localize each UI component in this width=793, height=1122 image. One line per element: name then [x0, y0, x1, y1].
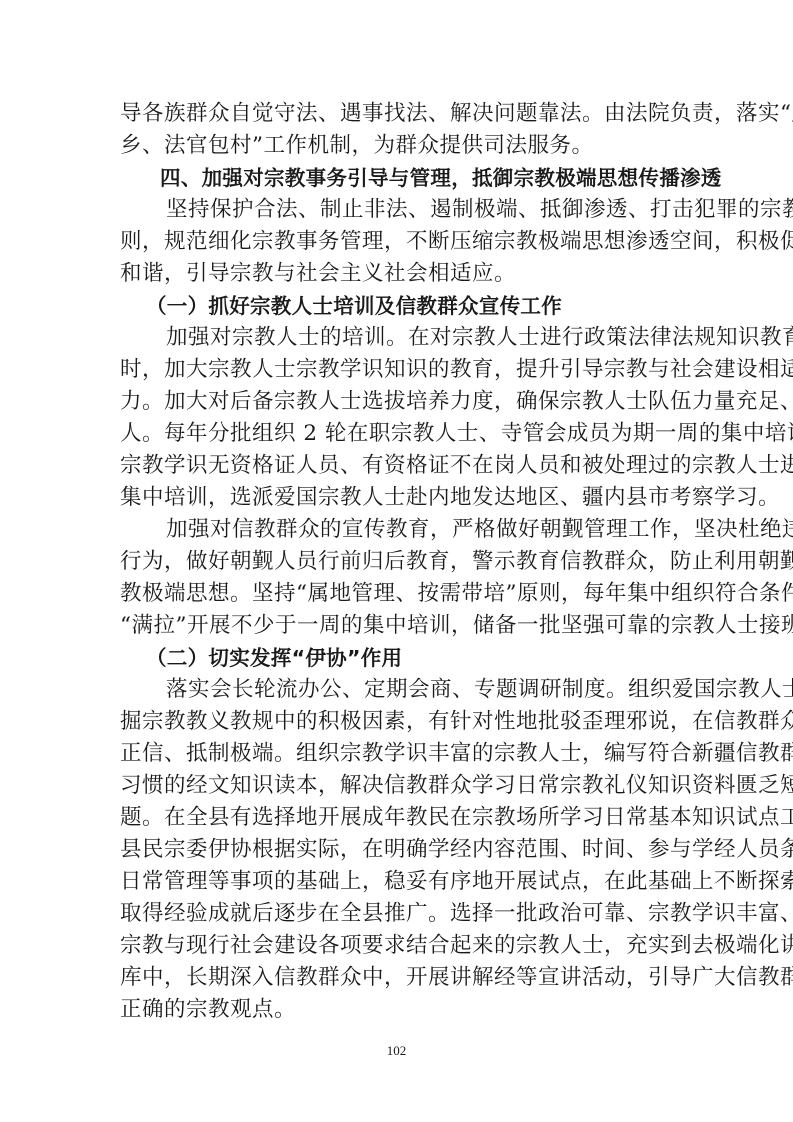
paragraph-line: 习惯的经文知识读本，解决信教群众学习日常宗教礼仪知识资料匮乏短缺的问 — [120, 770, 676, 802]
subsection-heading-one: （一）抓好宗教人士培训及信教群众宣传工作 — [120, 290, 676, 322]
document-page-body: 导各族群众自觉守法、遇事找法、解决问题靠法。由法院负责，落实“庭室包 乡、法官包… — [120, 98, 676, 1026]
paragraph-continuation-line: 乡、法官包村”工作机制，为群众提供司法服务。 — [120, 130, 676, 162]
paragraph-line: 题。在全县有选择地开展成年教民在宗教场所学习日常基本知识试点工作，由 — [120, 802, 676, 834]
paragraph-first-line: 落实会长轮流办公、定期会商、专题调研制度。组织爱国宗教人士充分发 — [120, 674, 676, 706]
paragraph-line: 集中培训，选派爱国宗教人士赴内地发达地区、疆内县市考察学习。 — [120, 482, 676, 514]
section-heading-four: 四、加强对宗教事务引导与管理，抵御宗教极端思想传播渗透 — [120, 162, 676, 194]
paragraph-line: 则，规范细化宗教事务管理，不断压缩宗教极端思想渗透空间，积极促进宗教 — [120, 226, 676, 258]
paragraph-line: 掘宗教教义教规中的积极因素，有针对性地批驳歪理邪说，在信教群众中确立 — [120, 706, 676, 738]
paragraph-first-line: 加强对宗教人士的培训。在对宗教人士进行政策法律法规知识教育的同 — [120, 322, 676, 354]
paragraph-line: 正确的宗教观点。 — [120, 994, 676, 1026]
paragraph-line: 正信、抵制极端。组织宗教学识丰富的宗教人士，编写符合新疆信教群众传统 — [120, 738, 676, 770]
paragraph-line: 人。每年分批组织 2 轮在职宗教人士、寺管会成员为期一周的集中培训，对有 — [120, 418, 676, 450]
paragraph-line: 取得经验成就后逐步在全县推广。选择一批政治可靠、宗教学识丰富、善于将 — [120, 898, 676, 930]
paragraph-first-line: 加强对信教群众的宣传教育，严格做好朝觐管理工作，坚决杜绝违规审批 — [120, 514, 676, 546]
paragraph-line: 库中，长期深入信教群众中，开展讲解经等宣讲活动，引导广大信教群众树立 — [120, 962, 676, 994]
paragraph-line: 宗教学识无资格证人员、有资格证不在岗人员和被处理过的宗教人士进行一次 — [120, 450, 676, 482]
paragraph-line: 时，加大宗教人士宗教学识知识的教育，提升引导宗教与社会建设相适应的能 — [120, 354, 676, 386]
paragraph-line: 日常管理等事项的基础上，稳妥有序地开展试点，在此基础上不断探索总结， — [120, 866, 676, 898]
paragraph-line: “满拉”开展不少于一周的集中培训，储备一批坚强可靠的宗教人士接班人。 — [120, 610, 676, 642]
paragraph-continuation-line: 导各族群众自觉守法、遇事找法、解决问题靠法。由法院负责，落实“庭室包 — [120, 98, 676, 130]
paragraph-line: 教极端思想。坚持“属地管理、按需带培”原则，每年集中组织符合条件的 — [120, 578, 676, 610]
paragraph-line: 行为，做好朝觐人员行前归后教育，警示教育信教群众，防止利用朝觐传播宗 — [120, 546, 676, 578]
subsection-heading-two: （二）切实发挥“伊协”作用 — [120, 642, 676, 674]
page-number: 102 — [0, 1043, 793, 1059]
paragraph-line: 力。加大对后备宗教人士选拔培养力度，确保宗教人士队伍力量充足、后继有 — [120, 386, 676, 418]
paragraph-first-line: 坚持保护合法、制止非法、遏制极端、抵御渗透、打击犯罪的宗教工作原 — [120, 194, 676, 226]
paragraph-line: 县民宗委伊协根据实际，在明确学经内容范围、时间、参与学经人员条件以及 — [120, 834, 676, 866]
paragraph-line: 宗教与现行社会建设各项要求结合起来的宗教人士，充实到去极端化讲师人才 — [120, 930, 676, 962]
paragraph-line: 和谐，引导宗教与社会主义社会相适应。 — [120, 258, 676, 290]
